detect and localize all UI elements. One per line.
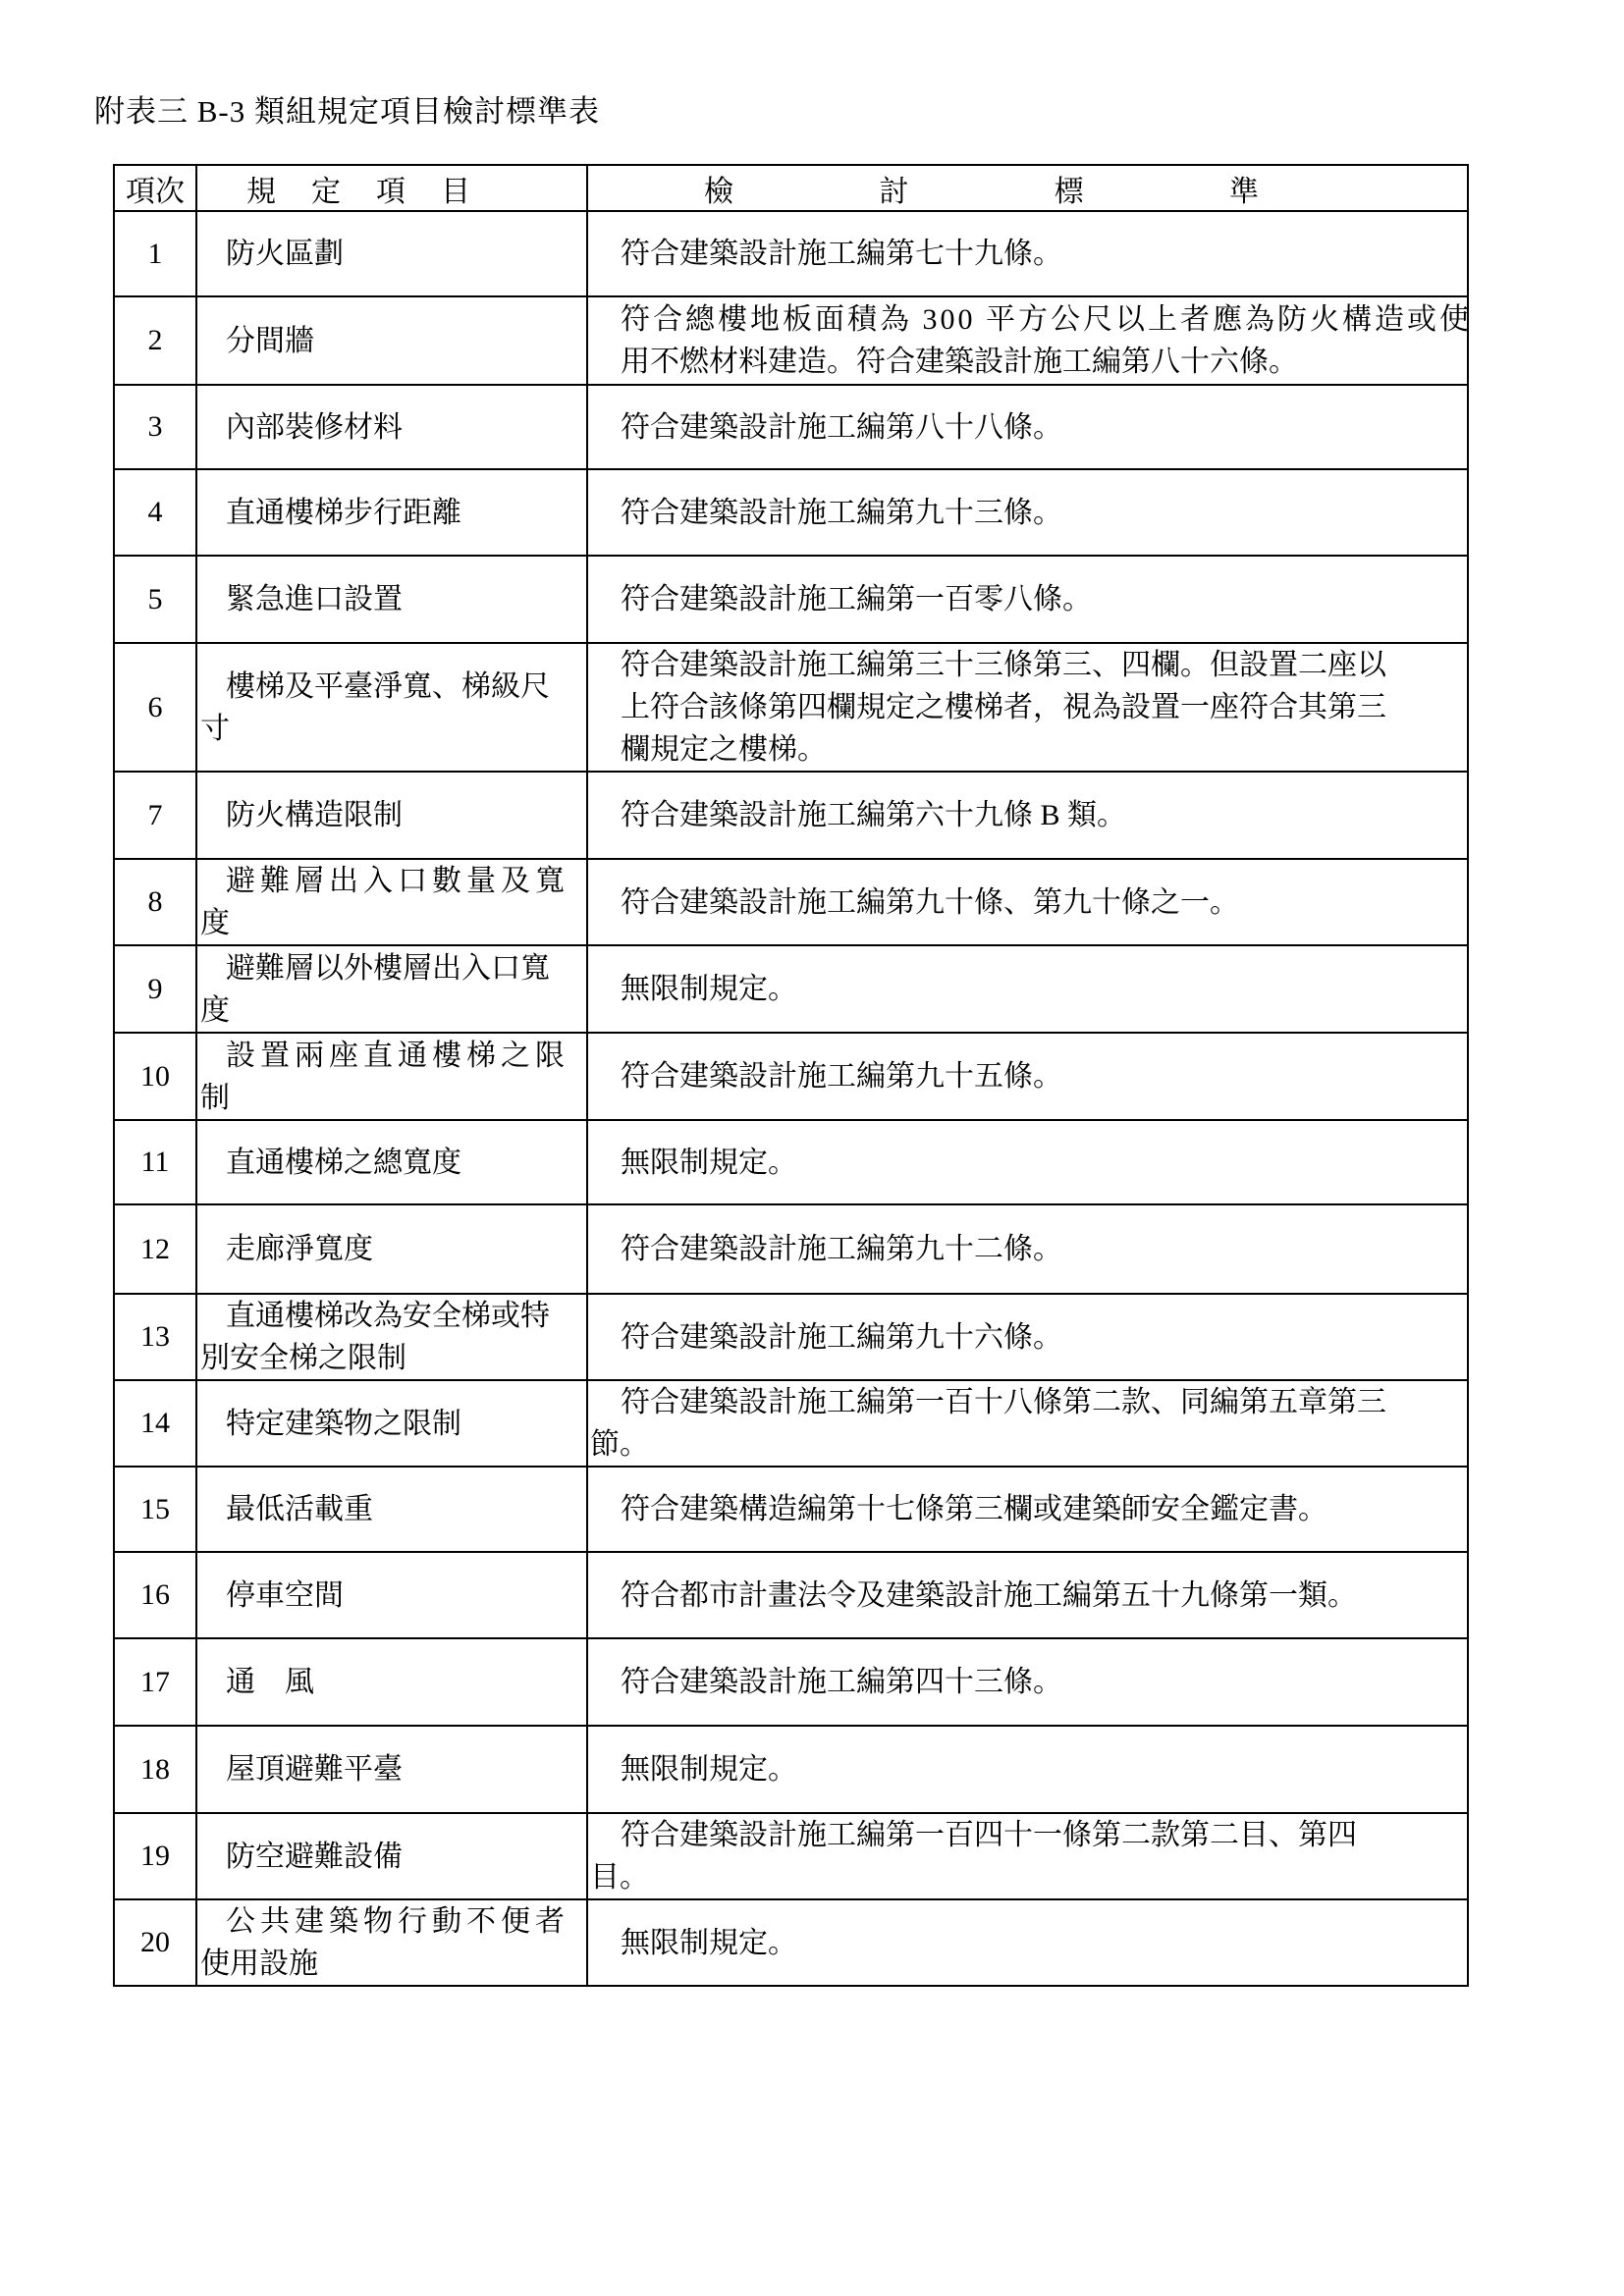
- header-cell-regulation-item: 規定項目: [196, 165, 587, 211]
- text-line: 無限制規定。: [588, 968, 1467, 1010]
- text-line: 欄規定之樓梯。: [588, 728, 1467, 771]
- text-line: 設置兩座直通樓梯之限: [197, 1035, 586, 1077]
- table-row: 20公共建築物行動不便者使用設施無限制規定。: [114, 1899, 1468, 1986]
- text-line: 無限制規定。: [588, 1922, 1467, 1964]
- text-line: 停車空間: [197, 1575, 586, 1617]
- table-row: 5緊急進口設置符合建築設計施工編第一百零八條。: [114, 556, 1468, 643]
- text-line: 符合建築設計施工編第九十二條。: [588, 1228, 1467, 1270]
- standard-cell: 符合建築設計施工編第八十八條。: [587, 385, 1468, 469]
- text-line: 上符合該條第四欄規定之樓梯者，視為設置一座符合其第三: [588, 686, 1467, 728]
- text-line: 直通樓梯改為安全梯或特: [197, 1295, 586, 1337]
- table-row: 11直通樓梯之總寬度無限制規定。: [114, 1120, 1468, 1204]
- text-line: 內部裝修材料: [197, 406, 586, 449]
- standard-cell: 符合建築設計施工編第六十九條 B 類。: [587, 772, 1468, 859]
- text-line: 通 風: [197, 1661, 586, 1703]
- item-cell: 樓梯及平臺淨寬、梯級尺寸: [196, 643, 587, 772]
- standard-cell: 符合建築設計施工編第一百四十一條第二款第二目、第四目。: [587, 1813, 1468, 1899]
- text-line: 符合建築設計施工編第九十六條。: [588, 1316, 1467, 1359]
- standard-cell: 符合建築設計施工編第九十三條。: [587, 469, 1468, 556]
- text-line: 無限制規定。: [588, 1748, 1467, 1790]
- text-line: 符合建築設計施工編第一百四十一條第二款第二目、第四: [588, 1814, 1467, 1856]
- standard-cell: 無限制規定。: [587, 1120, 1468, 1204]
- text-line: 防空避難設備: [197, 1836, 586, 1878]
- item-cell: 分間牆: [196, 296, 587, 385]
- text-line: 符合建築設計施工編第七十九條。: [588, 233, 1467, 275]
- text-line: 避難層以外樓層出入口寬: [197, 947, 586, 989]
- standard-cell: 符合都市計畫法令及建築設計施工編第五十九條第一類。: [587, 1552, 1468, 1638]
- row-number-cell: 19: [114, 1813, 196, 1899]
- row-number-cell: 13: [114, 1294, 196, 1380]
- text-line: 直通樓梯之總寬度: [197, 1142, 586, 1184]
- table-row: 15最低活載重符合建築構造編第十七條第三欄或建築師安全鑑定書。: [114, 1467, 1468, 1552]
- table-row: 6樓梯及平臺淨寬、梯級尺寸符合建築設計施工編第三十三條第三、四欄。但設置二座以上…: [114, 643, 1468, 772]
- row-number-cell: 10: [114, 1033, 196, 1120]
- row-number-cell: 17: [114, 1638, 196, 1726]
- item-cell: 屋頂避難平臺: [196, 1726, 587, 1813]
- text-line: 符合建築設計施工編第九十條、第九十條之一。: [588, 881, 1467, 924]
- text-line: 符合建築設計施工編第九十五條。: [588, 1055, 1467, 1097]
- row-number-cell: 4: [114, 469, 196, 556]
- text-line: 符合建築設計施工編第九十三條。: [588, 492, 1467, 534]
- text-line: 符合建築設計施工編第四十三條。: [588, 1661, 1467, 1703]
- text-line: 寸: [197, 708, 586, 750]
- item-cell: 防火區劃: [196, 211, 587, 296]
- table-row: 13直通樓梯改為安全梯或特別安全梯之限制符合建築設計施工編第九十六條。: [114, 1294, 1468, 1380]
- row-number-cell: 5: [114, 556, 196, 643]
- row-number-cell: 6: [114, 643, 196, 772]
- text-line: 符合總樓地板面積為 300 平方公尺以上者應為防火構造或使: [588, 298, 1467, 341]
- item-cell: 防空避難設備: [196, 1813, 587, 1899]
- text-line: 分間牆: [197, 320, 586, 362]
- text-line: 用不燃材料建造。符合建築設計施工編第八十六條。: [588, 341, 1467, 383]
- standard-cell: 符合建築構造編第十七條第三欄或建築師安全鑑定書。: [587, 1467, 1468, 1552]
- row-number-cell: 1: [114, 211, 196, 296]
- standard-cell: 符合建築設計施工編第九十二條。: [587, 1204, 1468, 1294]
- standard-cell: 符合建築設計施工編第一百十八條第二款、同編第五章第三節。: [587, 1380, 1468, 1467]
- row-number-cell: 7: [114, 772, 196, 859]
- row-number-cell: 15: [114, 1467, 196, 1552]
- table-row: 1防火區劃符合建築設計施工編第七十九條。: [114, 211, 1468, 296]
- text-line: 度: [197, 989, 586, 1032]
- item-cell: 防火構造限制: [196, 772, 587, 859]
- text-line: 最低活載重: [197, 1488, 586, 1530]
- row-number-cell: 8: [114, 859, 196, 945]
- table-row: 10設置兩座直通樓梯之限制符合建築設計施工編第九十五條。: [114, 1033, 1468, 1120]
- table-row: 17通 風符合建築設計施工編第四十三條。: [114, 1638, 1468, 1726]
- row-number-cell: 20: [114, 1899, 196, 1986]
- standard-cell: 符合建築設計施工編第一百零八條。: [587, 556, 1468, 643]
- text-line: 符合都市計畫法令及建築設計施工編第五十九條第一類。: [588, 1575, 1467, 1617]
- text-line: 符合建築設計施工編第三十三條第三、四欄。但設置二座以: [588, 644, 1467, 686]
- table-row: 4直通樓梯步行距離符合建築設計施工編第九十三條。: [114, 469, 1468, 556]
- text-line: 公共建築物行動不便者: [197, 1900, 586, 1943]
- standards-table: 項次 規定項目 檢討標準 1防火區劃符合建築設計施工編第七十九條。2分間牆符合總…: [113, 164, 1469, 1987]
- standard-cell: 符合建築設計施工編第三十三條第三、四欄。但設置二座以上符合該條第四欄規定之樓梯者…: [587, 643, 1468, 772]
- text-line: 目。: [588, 1856, 1467, 1898]
- row-number-cell: 18: [114, 1726, 196, 1813]
- item-cell: 特定建築物之限制: [196, 1380, 587, 1467]
- text-line: 防火構造限制: [197, 794, 586, 836]
- standard-cell: 符合建築設計施工編第九十五條。: [587, 1033, 1468, 1120]
- item-cell: 直通樓梯改為安全梯或特別安全梯之限制: [196, 1294, 587, 1380]
- item-cell: 設置兩座直通樓梯之限制: [196, 1033, 587, 1120]
- text-line: 符合建築構造編第十七條第三欄或建築師安全鑑定書。: [588, 1488, 1467, 1530]
- text-line: 符合建築設計施工編第六十九條 B 類。: [588, 794, 1467, 836]
- text-line: 特定建築物之限制: [197, 1403, 586, 1445]
- header-row: 項次 規定項目 檢討標準: [114, 165, 1468, 211]
- row-number-cell: 3: [114, 385, 196, 469]
- item-cell: 通 風: [196, 1638, 587, 1726]
- table-row: 2分間牆符合總樓地板面積為 300 平方公尺以上者應為防火構造或使用不燃材料建造…: [114, 296, 1468, 385]
- row-number-cell: 14: [114, 1380, 196, 1467]
- table-row: 7防火構造限制符合建築設計施工編第六十九條 B 類。: [114, 772, 1468, 859]
- row-number-cell: 11: [114, 1120, 196, 1204]
- table-row: 8避難層出入口數量及寬度符合建築設計施工編第九十條、第九十條之一。: [114, 859, 1468, 945]
- header-cell-item-no: 項次: [114, 165, 196, 211]
- item-cell: 避難層出入口數量及寬度: [196, 859, 587, 945]
- text-line: 符合建築設計施工編第一百十八條第二款、同編第五章第三: [588, 1381, 1467, 1423]
- standard-cell: 符合建築設計施工編第四十三條。: [587, 1638, 1468, 1726]
- text-line: 樓梯及平臺淨寬、梯級尺: [197, 666, 586, 708]
- text-line: 緊急進口設置: [197, 578, 586, 620]
- item-cell: 緊急進口設置: [196, 556, 587, 643]
- text-line: 無限制規定。: [588, 1142, 1467, 1184]
- row-number-cell: 12: [114, 1204, 196, 1294]
- text-line: 節。: [588, 1423, 1467, 1466]
- standard-cell: 無限制規定。: [587, 1899, 1468, 1986]
- table-row: 12走廊淨寬度符合建築設計施工編第九十二條。: [114, 1204, 1468, 1294]
- item-cell: 直通樓梯之總寬度: [196, 1120, 587, 1204]
- text-line: 使用設施: [197, 1943, 586, 1985]
- table-row: 3內部裝修材料符合建築設計施工編第八十八條。: [114, 385, 1468, 469]
- table-row: 9避難層以外樓層出入口寬度無限制規定。: [114, 945, 1468, 1033]
- text-line: 防火區劃: [197, 233, 586, 275]
- text-line: 直通樓梯步行距離: [197, 492, 586, 534]
- standard-cell: 無限制規定。: [587, 945, 1468, 1033]
- text-line: 符合建築設計施工編第一百零八條。: [588, 578, 1467, 620]
- text-line: 避難層出入口數量及寬: [197, 860, 586, 902]
- standard-cell: 符合建築設計施工編第七十九條。: [587, 211, 1468, 296]
- text-line: 符合建築設計施工編第八十八條。: [588, 406, 1467, 449]
- standard-cell: 符合總樓地板面積為 300 平方公尺以上者應為防火構造或使用不燃材料建造。符合建…: [587, 296, 1468, 385]
- standard-cell: 無限制規定。: [587, 1726, 1468, 1813]
- table-header: 項次 規定項目 檢討標準: [114, 165, 1468, 211]
- text-line: 度: [197, 902, 586, 944]
- item-cell: 內部裝修材料: [196, 385, 587, 469]
- item-cell: 停車空間: [196, 1552, 587, 1638]
- table-body: 1防火區劃符合建築設計施工編第七十九條。2分間牆符合總樓地板面積為 300 平方…: [114, 211, 1468, 1986]
- item-cell: 直通樓梯步行距離: [196, 469, 587, 556]
- text-line: 屋頂避難平臺: [197, 1748, 586, 1790]
- row-number-cell: 9: [114, 945, 196, 1033]
- text-line: 制: [197, 1077, 586, 1119]
- item-cell: 最低活載重: [196, 1467, 587, 1552]
- header-cell-review-standard: 檢討標準: [587, 165, 1468, 211]
- document-page: 附表三 B-3 類組規定項目檢討標準表 項次 規定項目 檢討標準 1防火區劃符合…: [0, 0, 1624, 2296]
- text-line: 別安全梯之限制: [197, 1337, 586, 1379]
- item-cell: 公共建築物行動不便者使用設施: [196, 1899, 587, 1986]
- standard-cell: 符合建築設計施工編第九十條、第九十條之一。: [587, 859, 1468, 945]
- table-row: 18屋頂避難平臺無限制規定。: [114, 1726, 1468, 1813]
- standard-cell: 符合建築設計施工編第九十六條。: [587, 1294, 1468, 1380]
- row-number-cell: 2: [114, 296, 196, 385]
- item-cell: 避難層以外樓層出入口寬度: [196, 945, 587, 1033]
- table-row: 16停車空間符合都市計畫法令及建築設計施工編第五十九條第一類。: [114, 1552, 1468, 1638]
- row-number-cell: 16: [114, 1552, 196, 1638]
- item-cell: 走廊淨寬度: [196, 1204, 587, 1294]
- document-title: 附表三 B-3 類組規定項目檢討標準表: [94, 86, 600, 131]
- text-line: 走廊淨寬度: [197, 1228, 586, 1270]
- table-row: 19防空避難設備符合建築設計施工編第一百四十一條第二款第二目、第四目。: [114, 1813, 1468, 1899]
- table-row: 14特定建築物之限制符合建築設計施工編第一百十八條第二款、同編第五章第三節。: [114, 1380, 1468, 1467]
